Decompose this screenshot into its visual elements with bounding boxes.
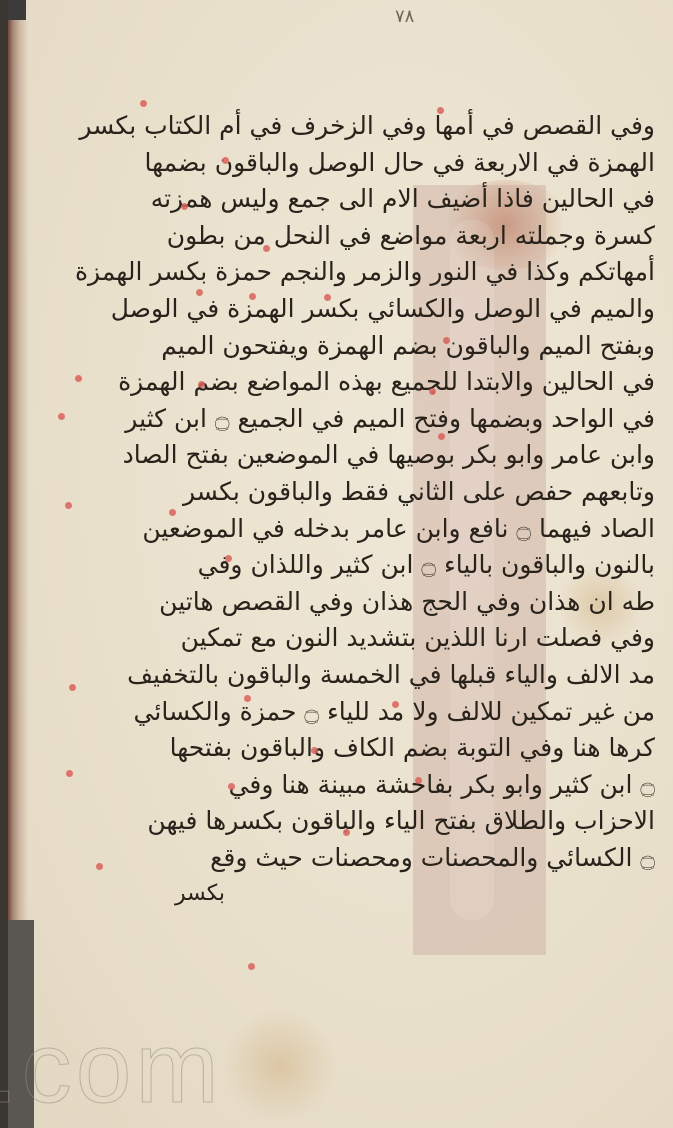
- rubric-dot: [343, 829, 350, 836]
- rubric-dot: [140, 100, 147, 107]
- text-line: وفي القصص في أمها وفي الزخرف في أم الكتا…: [55, 108, 655, 145]
- rubric-dot: [196, 289, 203, 296]
- rubric-dot: [437, 107, 444, 114]
- catchword: بكسر: [55, 876, 655, 913]
- text-line: والميم في الوصل والكسائي بكسر الهمزة في …: [55, 291, 655, 328]
- folio-number: ٧٨: [395, 6, 414, 27]
- text-line: ۝ ابن كثير وابو بكر بفاحشة مبينة هنا وفي: [55, 767, 655, 804]
- rubric-dot: [244, 695, 251, 702]
- rubric-dot: [65, 502, 72, 509]
- text-line: من غير تمكين للالف ولا مد للياء ۝ حمزة و…: [55, 694, 655, 731]
- watermark: .com: [0, 1018, 223, 1118]
- rubric-dot: [225, 555, 232, 562]
- text-line: كرها هنا وفي التوبة بضم الكاف والباقون ب…: [55, 730, 655, 767]
- rubric-dot: [58, 413, 65, 420]
- rubric-dot: [324, 294, 331, 301]
- rubric-dot: [415, 777, 422, 784]
- text-line: بالنون والباقون بالياء ۝ ابن كثير واللذا…: [55, 547, 655, 584]
- rubric-dot: [429, 388, 436, 395]
- rubric-dot: [169, 509, 176, 516]
- text-line: أمهاتكم وكذا في النور والزمر والنجم حمزة…: [55, 254, 655, 291]
- rubric-dot: [69, 684, 76, 691]
- rubric-dot: [66, 770, 73, 777]
- text-line: كسرة وجملته اربعة مواضع في النحل من بطون: [55, 218, 655, 255]
- text-line: في الحالين فاذا أضيف الام الى جمع وليس ه…: [55, 181, 655, 218]
- text-line: وفي فصلت ارنا اللذين بتشديد النون مع تمك…: [55, 620, 655, 657]
- text-line: وتابعهم حفص على الثاني فقط والباقون بكسر: [55, 474, 655, 511]
- rubric-dot: [198, 381, 205, 388]
- text-line: ۝ الكسائي والمحصنات ومحصنات حيث وقع: [55, 840, 655, 877]
- text-line: وابن عامر وابو بكر بوصيها في الموضعين بف…: [55, 437, 655, 474]
- rubric-dot: [222, 157, 229, 164]
- text-line: الصاد فيهما ۝ نافع وابن عامر بدخله في ال…: [55, 511, 655, 548]
- rubric-dot: [96, 863, 103, 870]
- binding-shadow: [8, 0, 26, 20]
- rubric-dot: [438, 433, 445, 440]
- rubric-dot: [392, 701, 399, 708]
- rubric-dot: [228, 783, 235, 790]
- rubric-dot: [311, 747, 318, 754]
- text-line: في الواحد وبضمها وفتح الميم في الجميع ۝ …: [55, 401, 655, 438]
- text-line: طه ان هذان وفي الحج هذان وفي القصص هاتين: [55, 584, 655, 621]
- rubric-dot: [443, 337, 450, 344]
- text-line: في الحالين والابتدا للجميع بهذه المواضع …: [55, 364, 655, 401]
- rubric-dot: [263, 245, 270, 252]
- binding-edge: [8, 20, 28, 920]
- text-line: وبفتح الميم والباقون بضم الهمزة ويفتحون …: [55, 328, 655, 365]
- rubric-dot: [181, 203, 188, 210]
- paper-stain: [220, 1010, 340, 1120]
- manuscript-text: وفي القصص في أمها وفي الزخرف في أم الكتا…: [55, 108, 655, 913]
- text-line: مد الالف والياء قبلها في الخمسة والباقون…: [55, 657, 655, 694]
- text-line: الاحزاب والطلاق بفتح الياء والباقون بكسر…: [55, 803, 655, 840]
- rubric-dot: [249, 293, 256, 300]
- rubric-dot: [248, 963, 255, 970]
- rubric-dot: [75, 375, 82, 382]
- text-line: الهمزة في الاربعة في حال الوصل والباقون …: [55, 145, 655, 182]
